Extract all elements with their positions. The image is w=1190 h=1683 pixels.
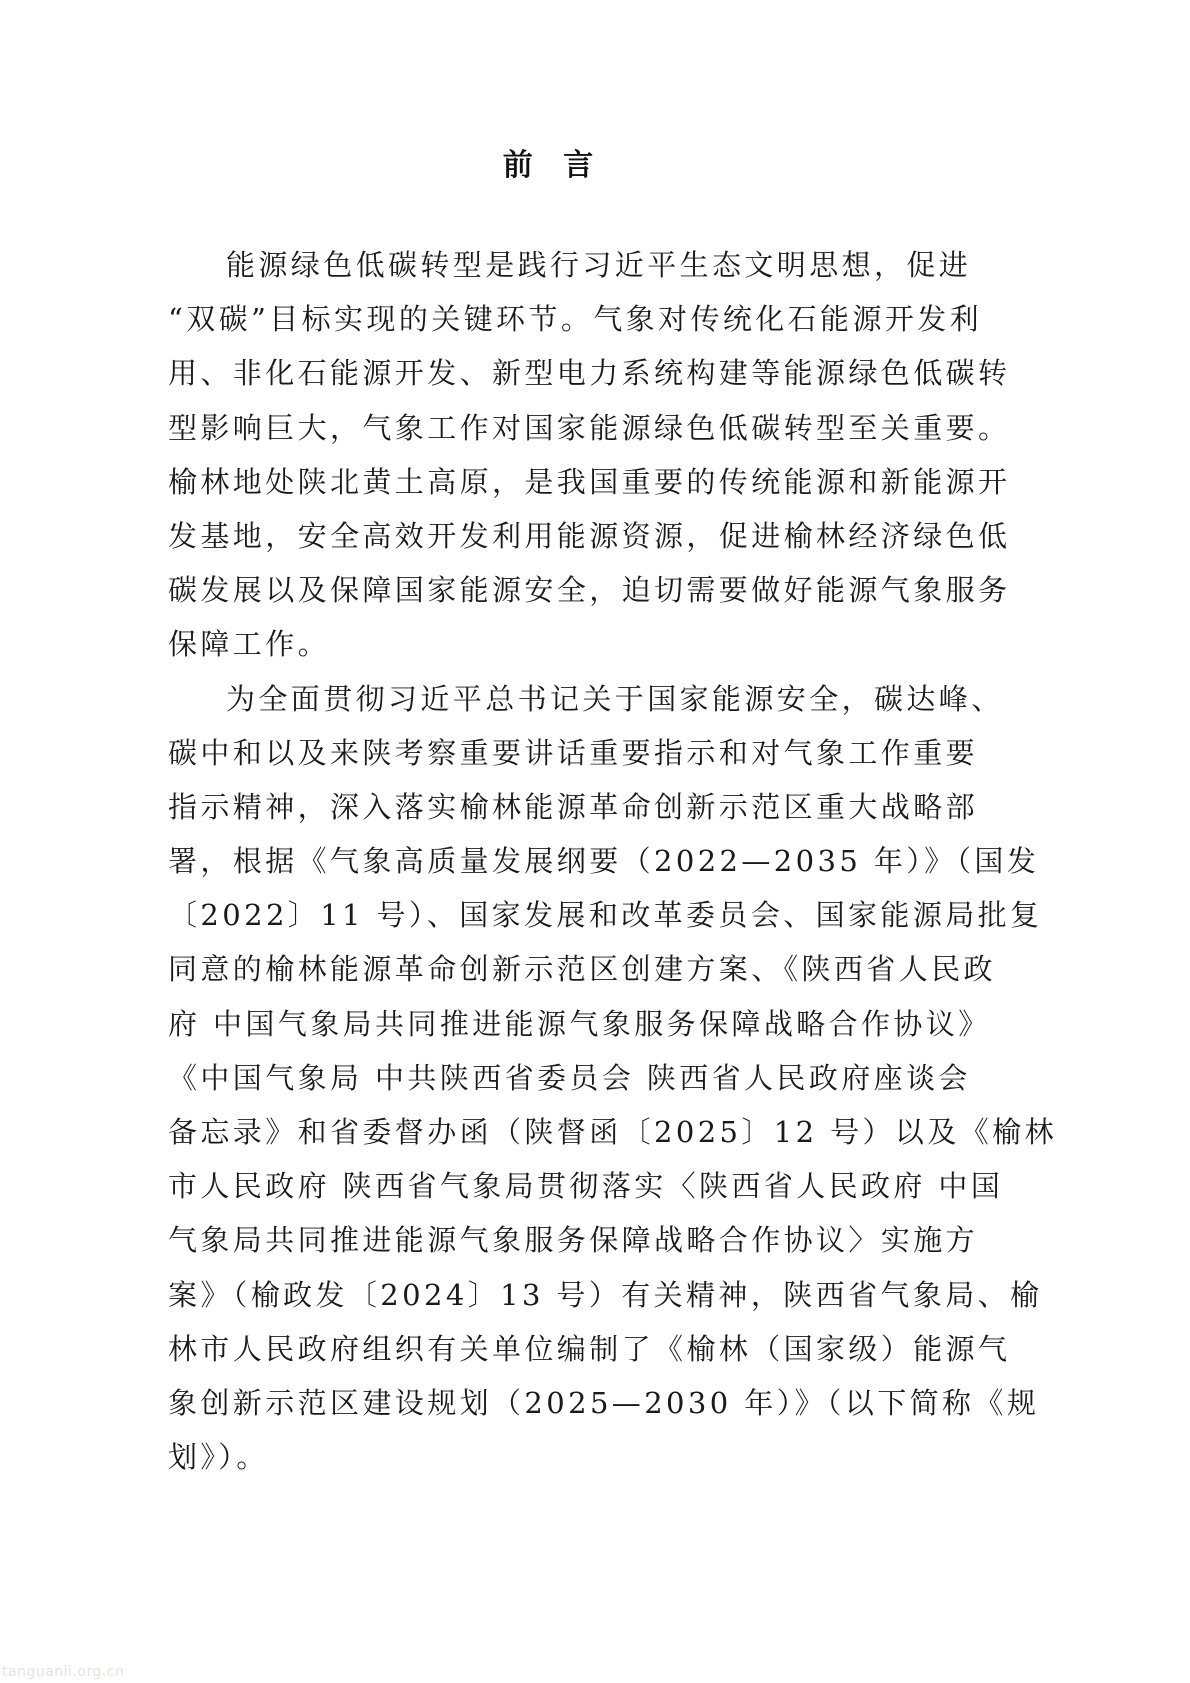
- watermark: tanguanli.org.cn: [2, 1664, 124, 1680]
- paragraph-2-line-5: 〔2022〕11 号）、国家发展和改革委员会、国家能源局批复: [168, 888, 944, 942]
- paragraph-1-line-2: “双碳”目标实现的关键环节。气象对传统化石能源开发利: [168, 292, 944, 346]
- paragraph-2-line-7: 府 中国气象局共同推进能源气象服务保障战略合作协议》: [168, 997, 944, 1051]
- paragraph-2-line-3: 指示精神，深入落实榆林能源革命创新示范区重大战略部: [168, 780, 944, 834]
- paragraph-1-line-8: 保障工作。: [168, 617, 944, 671]
- paragraph-2-line-10: 市人民政府 陕西省气象局贯彻落实〈陕西省人民政府 中国: [168, 1159, 944, 1213]
- paragraph-2-line-15: 划》）。: [168, 1430, 944, 1484]
- paragraph-2-line-14: 象创新示范区建设规划（2025—2030 年）》（以下简称《规: [168, 1376, 944, 1430]
- document-body: 能源绿色低碳转型是践行习近平生态文明思想，促进 “双碳”目标实现的关键环节。气象…: [168, 238, 944, 1484]
- paragraph-1-line-5: 榆林地处陕北黄土高原，是我国重要的传统能源和新能源开: [168, 455, 944, 509]
- paragraph-1-line-6: 发基地，安全高效开发利用能源资源，促进榆林经济绿色低: [168, 509, 944, 563]
- paragraph-1-line-1: 能源绿色低碳转型是践行习近平生态文明思想，促进: [168, 238, 944, 292]
- paragraph-2-line-12: 案》（榆政发〔2024〕13 号）有关精神，陕西省气象局、榆: [168, 1268, 944, 1322]
- paragraph-2-line-11: 气象局共同推进能源气象服务保障战略合作协议〉实施方: [168, 1213, 944, 1267]
- document-page: 前 言 能源绿色低碳转型是践行习近平生态文明思想，促进 “双碳”目标实现的关键环…: [0, 0, 1190, 1683]
- paragraph-2-line-9: 备忘录》和省委督办函（陕督函〔2025〕12 号）以及《榆林: [168, 1105, 944, 1159]
- paragraph-2-line-6: 同意的榆林能源革命创新示范区创建方案、《陕西省人民政: [168, 942, 944, 996]
- page-title: 前 言: [0, 140, 1106, 184]
- paragraph-2-line-1: 为全面贯彻习近平总书记关于国家能源安全，碳达峰、: [168, 672, 944, 726]
- paragraph-1-line-4: 型影响巨大，气象工作对国家能源绿色低碳转型至关重要。: [168, 401, 944, 455]
- paragraph-1-line-3: 用、非化石能源开发、新型电力系统构建等能源绿色低碳转: [168, 346, 944, 400]
- paragraph-2-line-8: 《中国气象局 中共陕西省委员会 陕西省人民政府座谈会: [168, 1051, 944, 1105]
- paragraph-2-line-2: 碳中和以及来陕考察重要讲话重要指示和对气象工作重要: [168, 726, 944, 780]
- paragraph-2-line-13: 林市人民政府组织有关单位编制了《榆林（国家级）能源气: [168, 1322, 944, 1376]
- paragraph-1-line-7: 碳发展以及保障国家能源安全，迫切需要做好能源气象服务: [168, 563, 944, 617]
- paragraph-2-line-4: 署，根据《气象高质量发展纲要（2022—2035 年）》（国发: [168, 834, 944, 888]
